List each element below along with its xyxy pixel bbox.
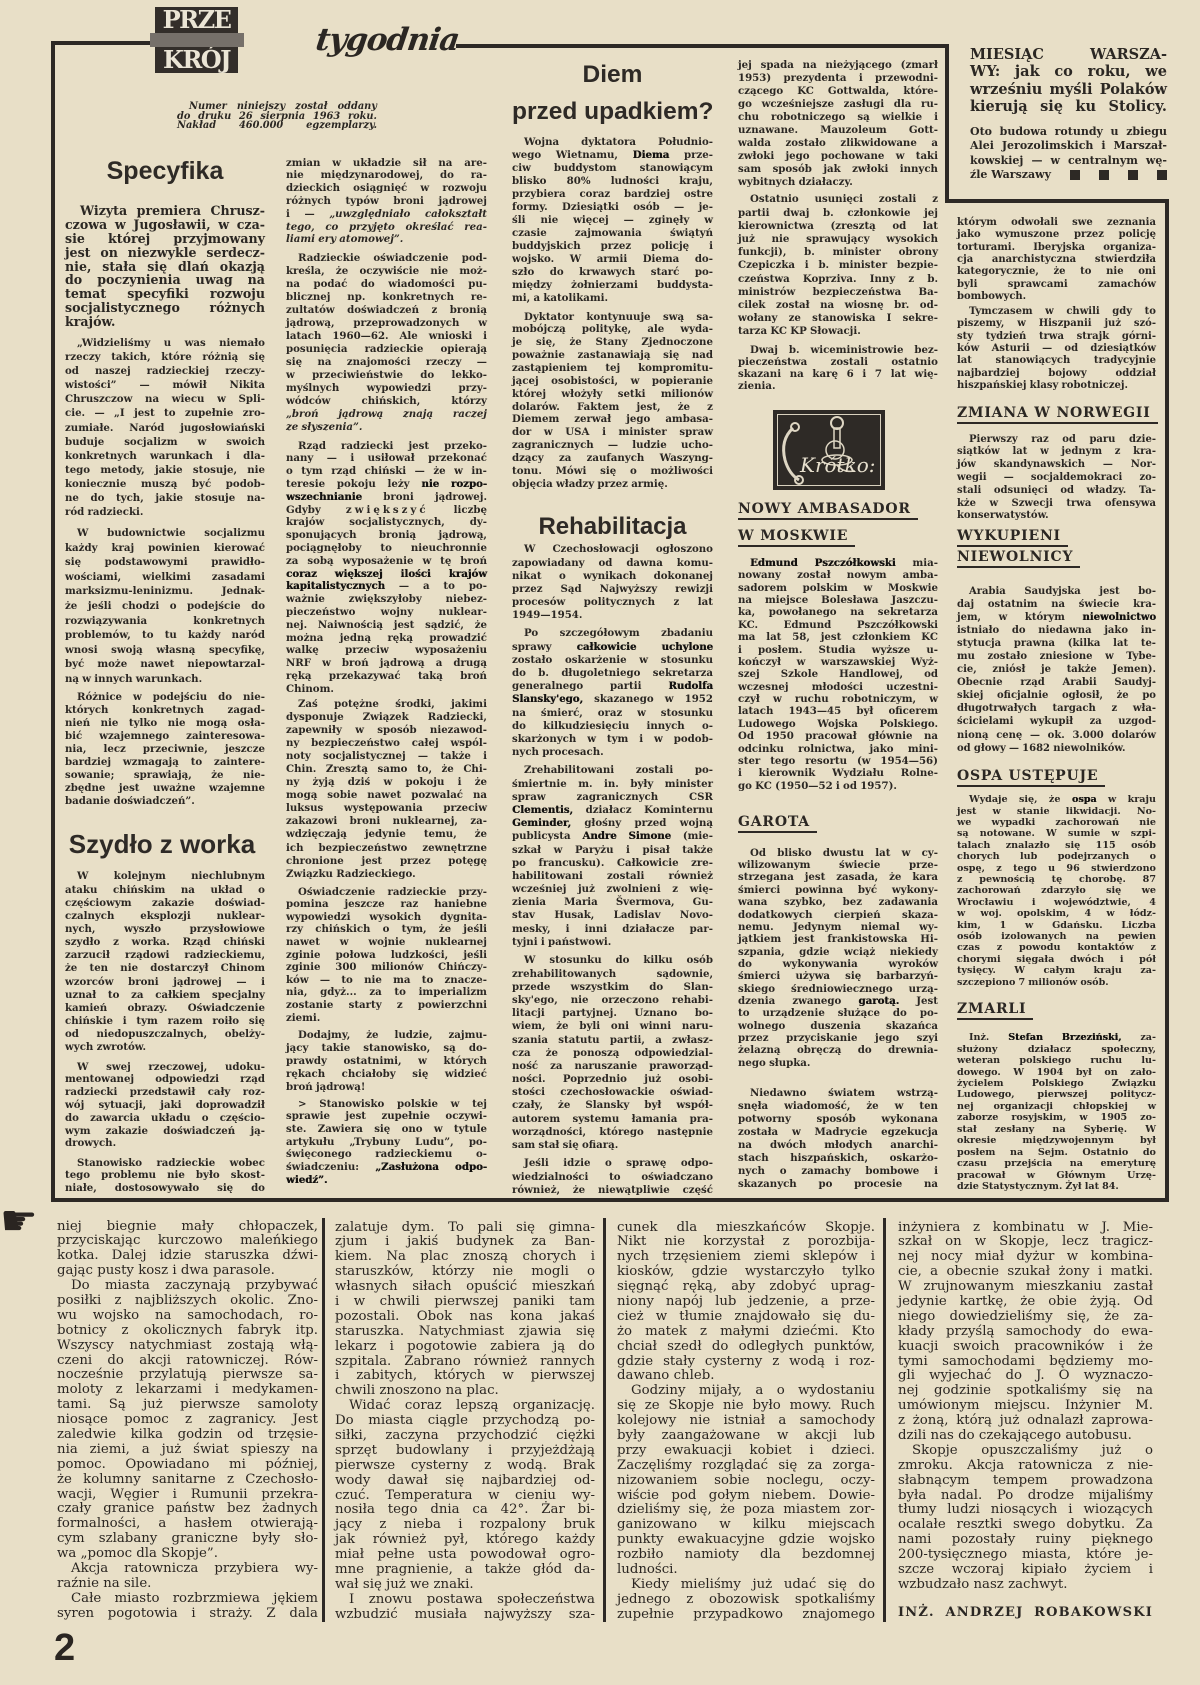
word: poważnie [512,349,565,362]
word: np. [347,291,365,304]
word: nych [617,1250,649,1265]
word: robotniczego [771,111,845,124]
word: jeśli [88,599,112,614]
word: najwyższy [484,1608,552,1623]
word: swe [1072,217,1093,229]
word: tragicz- [1102,1235,1153,1250]
word: koniecznie [65,477,126,491]
word: lub [1020,851,1037,862]
word: litacji [512,1007,545,1020]
text-line: słabnącymtempemprowadzona [898,1474,1153,1489]
word: nocy [931,1250,963,1265]
word: mini- [908,743,938,755]
word: niedawna [1038,624,1091,637]
word: „Zasłużona [375,1161,439,1174]
word: że [211,769,223,782]
word: wołany [738,312,777,325]
word: świecie [1079,598,1120,611]
word: czowa [65,218,107,232]
word: szania [512,1034,548,1047]
text-line: również,żeniewątpliwieczęść [512,1184,713,1197]
word: systemu [572,1113,619,1126]
word: stali [957,485,981,498]
frame-left-rule [51,41,55,1202]
text-line: zmianwukładziesiłnaare- [286,157,487,170]
word: życielem [957,1078,1004,1089]
word: zbiegu [1126,125,1167,139]
word: go [738,98,752,111]
word: dzący [512,452,544,465]
word: rozbrzmiewa [173,1592,260,1607]
word: zamachów [1098,279,1156,291]
word: lekarz [335,1340,376,1355]
word: dyktatora [581,136,636,149]
word: okolicznych [143,1324,222,1339]
word: roz- [849,1355,875,1370]
word: chleb. [674,1369,715,1384]
pointing-hand-icon [0,1200,38,1242]
word: stosuje, [193,463,237,477]
word: 1954—56) [880,755,938,767]
word: dla- [243,449,265,463]
word: wykonywania [783,958,858,970]
word: była [898,1489,926,1504]
word: na [1052,1124,1065,1135]
text-line: namipozostałyruinypięknego [898,1533,1153,1548]
text-line: wiem,żebylioniwinninaru- [512,1020,713,1033]
text-line: wychzwrotów. [65,1041,265,1054]
word: na [924,730,938,742]
word: szpi- [1131,828,1156,839]
word: są [857,111,869,124]
word: wojsko [829,1533,875,1548]
text-line: kim,1wGdańsku.Liczba [957,920,1156,931]
text-line: którychkonkretnychzagad- [65,704,265,717]
word: i [335,1369,339,1384]
word: gdzie [799,946,829,958]
word: Brzeziński, [1062,1032,1122,1043]
text-line: przezSądNajwyższyrewizji [512,583,713,596]
word: w [322,657,331,670]
word: wiadomość, [784,1100,850,1113]
word: chińskim [113,884,165,897]
word: ratownicza [1018,1459,1092,1474]
word: są [443,1042,455,1055]
word: latach [738,705,773,717]
word: ganizowano [617,1518,697,1533]
word: wodą [789,1355,825,1370]
word: w [975,1235,986,1250]
word: konserwatystów. [957,510,1049,523]
word: Poprzednio [563,1073,627,1086]
word: jak [823,163,840,176]
word: pomina [286,898,329,911]
word: stwierdziła [1095,254,1156,266]
text-line: kamieńobrazy.Oświadczenie [65,1002,265,1015]
word: — [327,452,337,465]
word: posłem [957,1147,995,1158]
word: katolikami. [543,292,608,305]
text-line: nyżyjądziśwpokojuiże [286,776,487,789]
word: w [777,1429,788,1444]
word: jedynie [898,1295,947,1310]
word: zalatuje [335,1221,388,1236]
word: już [1104,318,1121,330]
word: z [397,999,403,1012]
word: 1904 [1037,1067,1064,1078]
frame-right-upper-rule [945,44,949,203]
word: dziesiątków [1090,343,1156,355]
word: doświad- [215,897,265,910]
text-line: wanaszybko,bezzadawania [738,896,938,908]
word: ocalałe [898,1518,946,1533]
word: miasta [105,1279,150,1294]
word: nie [286,169,304,182]
word: wego [512,149,541,162]
word: kraju [1093,965,1121,976]
word: mesky, [512,923,551,936]
word: podob- [226,477,265,491]
word: tami. [57,1398,91,1413]
word: być [858,884,877,896]
word: odnalazł [1027,1414,1084,1429]
word: porozbija- [808,1235,875,1250]
word: nia, [286,986,307,999]
word: specyfiki [127,287,189,301]
word: chińskie [65,1015,113,1028]
word: pod [671,1489,696,1504]
word: syren [57,1607,94,1622]
word: drowych. [65,1137,116,1150]
word: stały [663,1355,695,1370]
word: i [862,368,866,380]
word: bezpie- [897,259,938,272]
word: chińskich [315,923,370,936]
word: wszechnianie [286,491,362,504]
word: procesach. [542,746,603,759]
word: okazją [220,260,265,274]
text-line: wzorcówbronijądrowej—i [65,976,265,989]
text-line: żejeślichodziopodejściedo [65,599,265,614]
word: o [780,1165,787,1178]
text-line: otymrządchiński—żewin- [286,465,487,478]
word: „I [114,406,125,420]
word: z [973,1221,980,1236]
word: nuklearnej, [393,815,458,828]
word: udoku- [225,1061,265,1074]
word: amba- [903,569,938,581]
word: osób [687,954,713,967]
word: rzeczowej, [148,1061,207,1074]
word: ludzi [947,1503,980,1518]
word: jądrową, [438,529,487,542]
word: we [1142,885,1156,896]
text-line: churobotniczegosąwielkiei [738,111,938,124]
word: można [286,632,323,645]
word: Chruszczow [65,392,132,406]
word: uczestni- [886,681,938,693]
word: Od [1134,1295,1153,1310]
word: za- [1140,965,1156,976]
word: szpania, [738,946,785,958]
word: opuszczaliśmy [981,1444,1078,1459]
word: dala [289,1607,318,1622]
text-line: blisko80%ludnościkraju, [512,175,713,188]
headline-nowy-ambasador: NOWY AMBASADOR [738,502,918,520]
paragraph: WCzechosłowacjiogłoszonozapowiadanyoddaw… [512,543,713,622]
word: rozwoju [442,182,487,195]
text-line: własnychsiłachopuścićmieszkań [335,1280,595,1295]
text-line: Wstosunkudokilkuosób [512,954,713,967]
text-line: mentowanejodpowiedzirząd [65,1073,265,1086]
word: wych [65,1041,93,1054]
word: na [446,1384,463,1399]
text-line: zachorowańzdarzyłosięwe [957,885,1156,896]
word: zaczynają [165,1279,230,1294]
text-line: cymszlabanygranicznebyłysło- [57,1532,318,1547]
text-line: siektórejprzyjmowany [65,232,265,246]
word: tłumy [898,1503,936,1518]
word: nia [57,1443,78,1458]
text-line: skarżonychwtymiwpodob- [512,733,713,746]
word: ród [65,505,84,519]
word: zadawania [879,896,938,908]
text-line: jącyzniebairozpalonybruk [335,1518,595,1533]
text-line: skazanychpoprocesiena [738,1178,938,1191]
word: naród [232,628,265,643]
word: potworny [738,1113,791,1126]
word: polskie [397,1098,438,1111]
text-line: dozawarciaukładuoczęścio- [65,1112,265,1125]
text-line: chorychlubpodejrzanycho [957,851,1156,862]
word: warszawskiej [821,656,895,668]
word: wę- [1146,154,1167,168]
word: osób. [1080,977,1108,988]
word: na [1051,598,1065,611]
word: Jest [293,1413,318,1428]
word: mogą [286,789,317,802]
word: Czechosło- [245,1473,318,1488]
word: to [142,628,154,643]
word: W [524,954,535,967]
word: on [1104,1067,1117,1078]
word: z [997,942,1002,953]
headline-garota: GAROTA [738,815,817,833]
word: o [1145,1444,1153,1459]
word: ludzie [632,439,667,452]
word: typów [345,195,378,208]
word: jest [119,782,140,795]
word: kilku [643,954,672,967]
word: władzy. [1087,485,1127,498]
word: i [934,1165,938,1178]
text-line: odnaszejradzieckiejrzeczy- [65,364,265,378]
text-line: szłodokrwawychstarćpo- [512,266,713,279]
word: itp. [296,1324,318,1339]
word: o [777,1384,785,1399]
word: zostali [831,356,868,368]
word: zasada, [836,871,878,883]
text-line: Iznowupostawaspołeczeństwa [335,1593,595,1608]
word: Ostatnio [1082,1147,1128,1158]
word: broni [393,195,424,208]
text-line: Wswejrzeczowej,udoku- [65,1061,265,1074]
word: wszystkim [571,981,629,994]
word: z [113,936,119,949]
text-line: dzilinasdoczekającegoautobusu. [898,1429,1153,1444]
word: osób [633,201,659,214]
word: zlikwidowane [840,137,916,150]
word: kontynuuje [586,311,650,324]
word: noty [286,750,311,763]
word: na [738,594,752,606]
word: przypadkowo [693,1608,783,1623]
word: Paryżu [575,844,613,857]
word: później, [265,1458,318,1473]
word: raczej [453,408,487,421]
text-line: raźnienasile. [57,1577,318,1592]
word: — [94,406,104,420]
word: mo- [1128,1355,1153,1370]
text-line: 200-tysięcznegomiasta,któreje- [898,1548,1153,1563]
text-line: zostałooskarżeniewstosunku [512,654,713,667]
text-line: Całemiastorozbrzmiewajękiem [57,1592,318,1607]
word: pokoju [337,478,376,491]
word: Ale [400,330,418,343]
word: drodze [1028,1489,1074,1504]
word: do [90,491,104,505]
paragraph: ArabiaSaudyjskajestbo-dajostatnimnaświec… [957,585,1156,755]
word: świadczeniu: [286,1161,359,1174]
word: w [218,218,229,232]
word: wypowiedzi [286,911,351,924]
word: kamień [65,1002,107,1015]
word: ją [553,1340,565,1355]
word: atomowej”. [339,233,403,246]
word: cza [512,1047,531,1060]
word: niekiedy [890,946,938,958]
word: CSR [689,791,713,804]
word: formy. [512,201,548,214]
text-line: Akcjaratowniczaprzybierawy- [57,1562,318,1577]
word: ziemi, [90,1443,130,1458]
text-line: cie,aobecnieszukałżonyimatki. [898,1265,1153,1280]
word: żadnych [262,1502,318,1517]
word: zwanego [792,995,841,1007]
word: w [654,733,663,746]
text-line: czałygranicepaństwbezżadnych [57,1502,318,1517]
word: Jest [916,995,938,1007]
word: do [512,667,526,680]
word: każdy [556,1533,595,1548]
text-line: Wbudownictwiesocjalizmu [65,526,265,541]
word: niałe, [65,1182,97,1195]
word: dzieliśmy [617,1503,680,1518]
word: zajmu- [449,1029,488,1042]
word: zwolnieni [606,883,660,896]
word: jednego [617,1593,670,1608]
word: ich [286,842,303,855]
word: w [639,654,648,667]
text-line: staliodsunięciodwładzy.Ta- [957,485,1156,498]
word: jący [335,1518,362,1533]
word: w [1045,306,1054,318]
word: w [902,847,911,859]
word: pogotowia [108,1607,178,1622]
logo-top-text: PRZE [163,7,231,33]
word: zewnętrzne [422,842,487,855]
word: matek [645,1325,687,1340]
word: popieranie [652,375,713,388]
word: Opowiadano [125,1458,209,1473]
word: szej [738,668,760,680]
word: Slan- [684,981,713,994]
word: się [563,1139,579,1152]
word: wojny [381,606,414,619]
text-line: dzeniazwanegogarotą.Jest [738,995,938,1007]
paragraph: Wydajesię,żeospawkrajujestwstanielikwida… [957,794,1156,988]
word: wiecu [172,392,205,406]
word: możliwości [650,465,712,478]
text-line: izabitych,którychwpierwszej [335,1369,595,1384]
word: pierwsze [223,1368,283,1383]
word: mi [229,1458,246,1473]
word: w [1108,794,1116,805]
word: Akcja [967,1459,1004,1474]
paragraph: zalatujedym.Topalisięgimna-zjumijakiśbud… [335,1221,595,1400]
word: Zjednoczone [641,336,713,349]
word: w [797,656,806,668]
word: zerwał [574,413,611,426]
word: że [366,1029,378,1042]
paragraph: WojnadyktatoraPołudnio-wegoWietnamu,Diem… [512,136,713,305]
word: przedstawił [130,1086,195,1099]
word: lu- [1141,1055,1156,1066]
word: częściowym [65,897,132,910]
word: uprag- [831,1280,875,1295]
word: okresie [957,1135,996,1146]
text-line: iposłem.Studiawyższeu- [738,644,938,656]
text-line: Tymczasemwchwiligdyto [957,306,1156,318]
word: do [893,1007,907,1019]
word: prze- [909,859,938,871]
word: KC. [738,619,758,631]
text-line: gliwyjechaćdoJ.Owyznaczo- [898,1369,1153,1384]
word: w [1025,920,1033,931]
word: się [147,260,167,274]
word: lat [875,847,890,859]
word: siątków [957,446,1000,459]
word: zorga- [833,1459,875,1474]
word: Niedawno [750,1087,806,1100]
text-line: kreśla,żeoczywiścieniemoż- [286,265,487,278]
text-line: życielemPolskiegoZwiązku [957,1078,1156,1089]
text-line: buddyjskichprzezpolicjęi [512,240,713,253]
word: W [77,526,88,541]
word: bruk [563,1518,595,1533]
word: w [115,218,126,232]
word: Wojna [524,136,559,149]
text-line: torturami.Iberyjskaorganiza- [957,242,1156,254]
word: stanowiących [995,355,1070,367]
word: klasy [1030,380,1059,392]
word: kra- [1133,598,1156,611]
word: chciał [617,1340,657,1355]
word: wiozących [1083,1503,1153,1518]
word: znowu [369,1593,413,1608]
word: wzmagają [123,756,179,769]
word: zagad- [228,704,265,717]
